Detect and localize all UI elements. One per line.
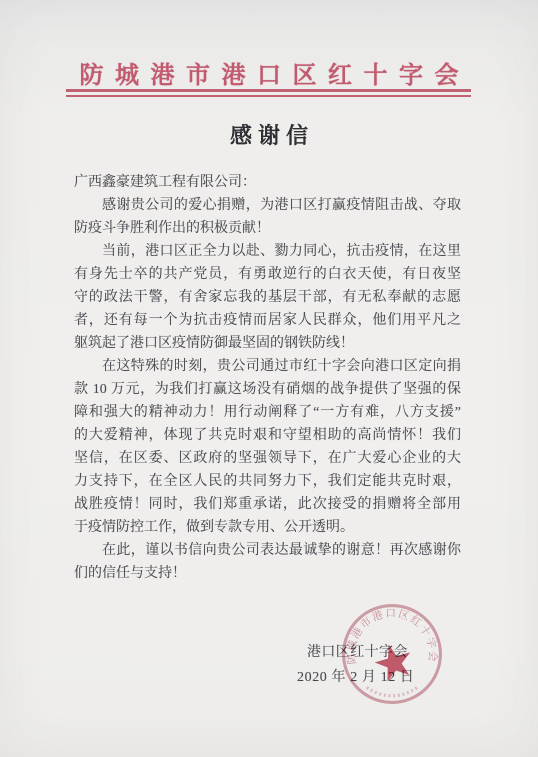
body-line: 有身先士卒的共产党员，有勇敢逆行的白衣天使，有日夜坚 [74, 263, 461, 286]
body-line: 障和强大的精神动力！用行动阐释了“一方有难，八方支援” [74, 401, 461, 424]
star-icon [371, 639, 416, 683]
body-line: 当前，港口区正全力以赴、勠力同心，抗击疫情，在这里 [74, 240, 461, 263]
letterhead-org-name: 防城港市港口区红十字会 [0, 61, 538, 91]
body-line: 坚信，在区委、区政府的坚强领导下，在广大爱心企业的大 [74, 447, 461, 470]
body-line: 守的政法干警，有舍家忘我的基层干部，有无私奉献的志愿 [74, 286, 461, 309]
body-line: 在此，谨以书信向贵公司表达最诚挚的谢意！再次感谢你 [74, 539, 461, 562]
letterhead-double-rule [66, 89, 471, 97]
salutation: 广西鑫豪建筑工程有限公司： [74, 171, 461, 194]
body-line: 的大爱精神，体现了共克时艰和守望相助的高尚情怀！我们 [74, 424, 461, 447]
body-line: 战胜疫情！同时，我们郑重承诺，此次接受的捐赠将全部用 [74, 493, 461, 516]
body-line: 力支持下，在全区人民的共同努力下，我们定能共克时艰， [74, 470, 461, 493]
body-line: 在这特殊的时刻，贵公司通过市红十字会向港口区定向捐 [74, 355, 461, 378]
body-line: 躯筑起了港口区疫情防御最坚固的钢铁防线！ [74, 332, 461, 355]
letter-title: 感谢信 [0, 122, 538, 150]
scanned-letter-page: 防城港市港口区红十字会 感谢信 广西鑫豪建筑工程有限公司： 感谢贵公司的爱心捐赠… [0, 0, 538, 757]
seal-bottom-marks [367, 687, 417, 695]
body-line: 感谢贵公司的爱心捐赠，为港口区打赢疫情阻击战、夺取 [74, 194, 461, 217]
body-line: 防疫斗争胜利作出的积极贡献！ [74, 217, 461, 240]
paragraphs: 感谢贵公司的爱心捐赠，为港口区打赢疫情阻击战、夺取防疫斗争胜利作出的积极贡献！当… [74, 194, 461, 585]
body-line: 们的信任与支持！ [74, 562, 461, 585]
body-line: 于疫情防控工作，做到专款专用、公开透明。 [74, 516, 461, 539]
body-line: 者，还有每一个为抗击疫情而居家人民群众，他们用平凡之 [74, 309, 461, 332]
letter-body: 广西鑫豪建筑工程有限公司： 感谢贵公司的爱心捐赠，为港口区打赢疫情阻击战、夺取防… [74, 171, 461, 585]
red-seal-stamp: 防城港市港口区红十字会 [340, 602, 444, 706]
body-line: 款 10 万元，为我们打赢这场没有硝烟的战争提供了坚强的保 [74, 378, 461, 401]
